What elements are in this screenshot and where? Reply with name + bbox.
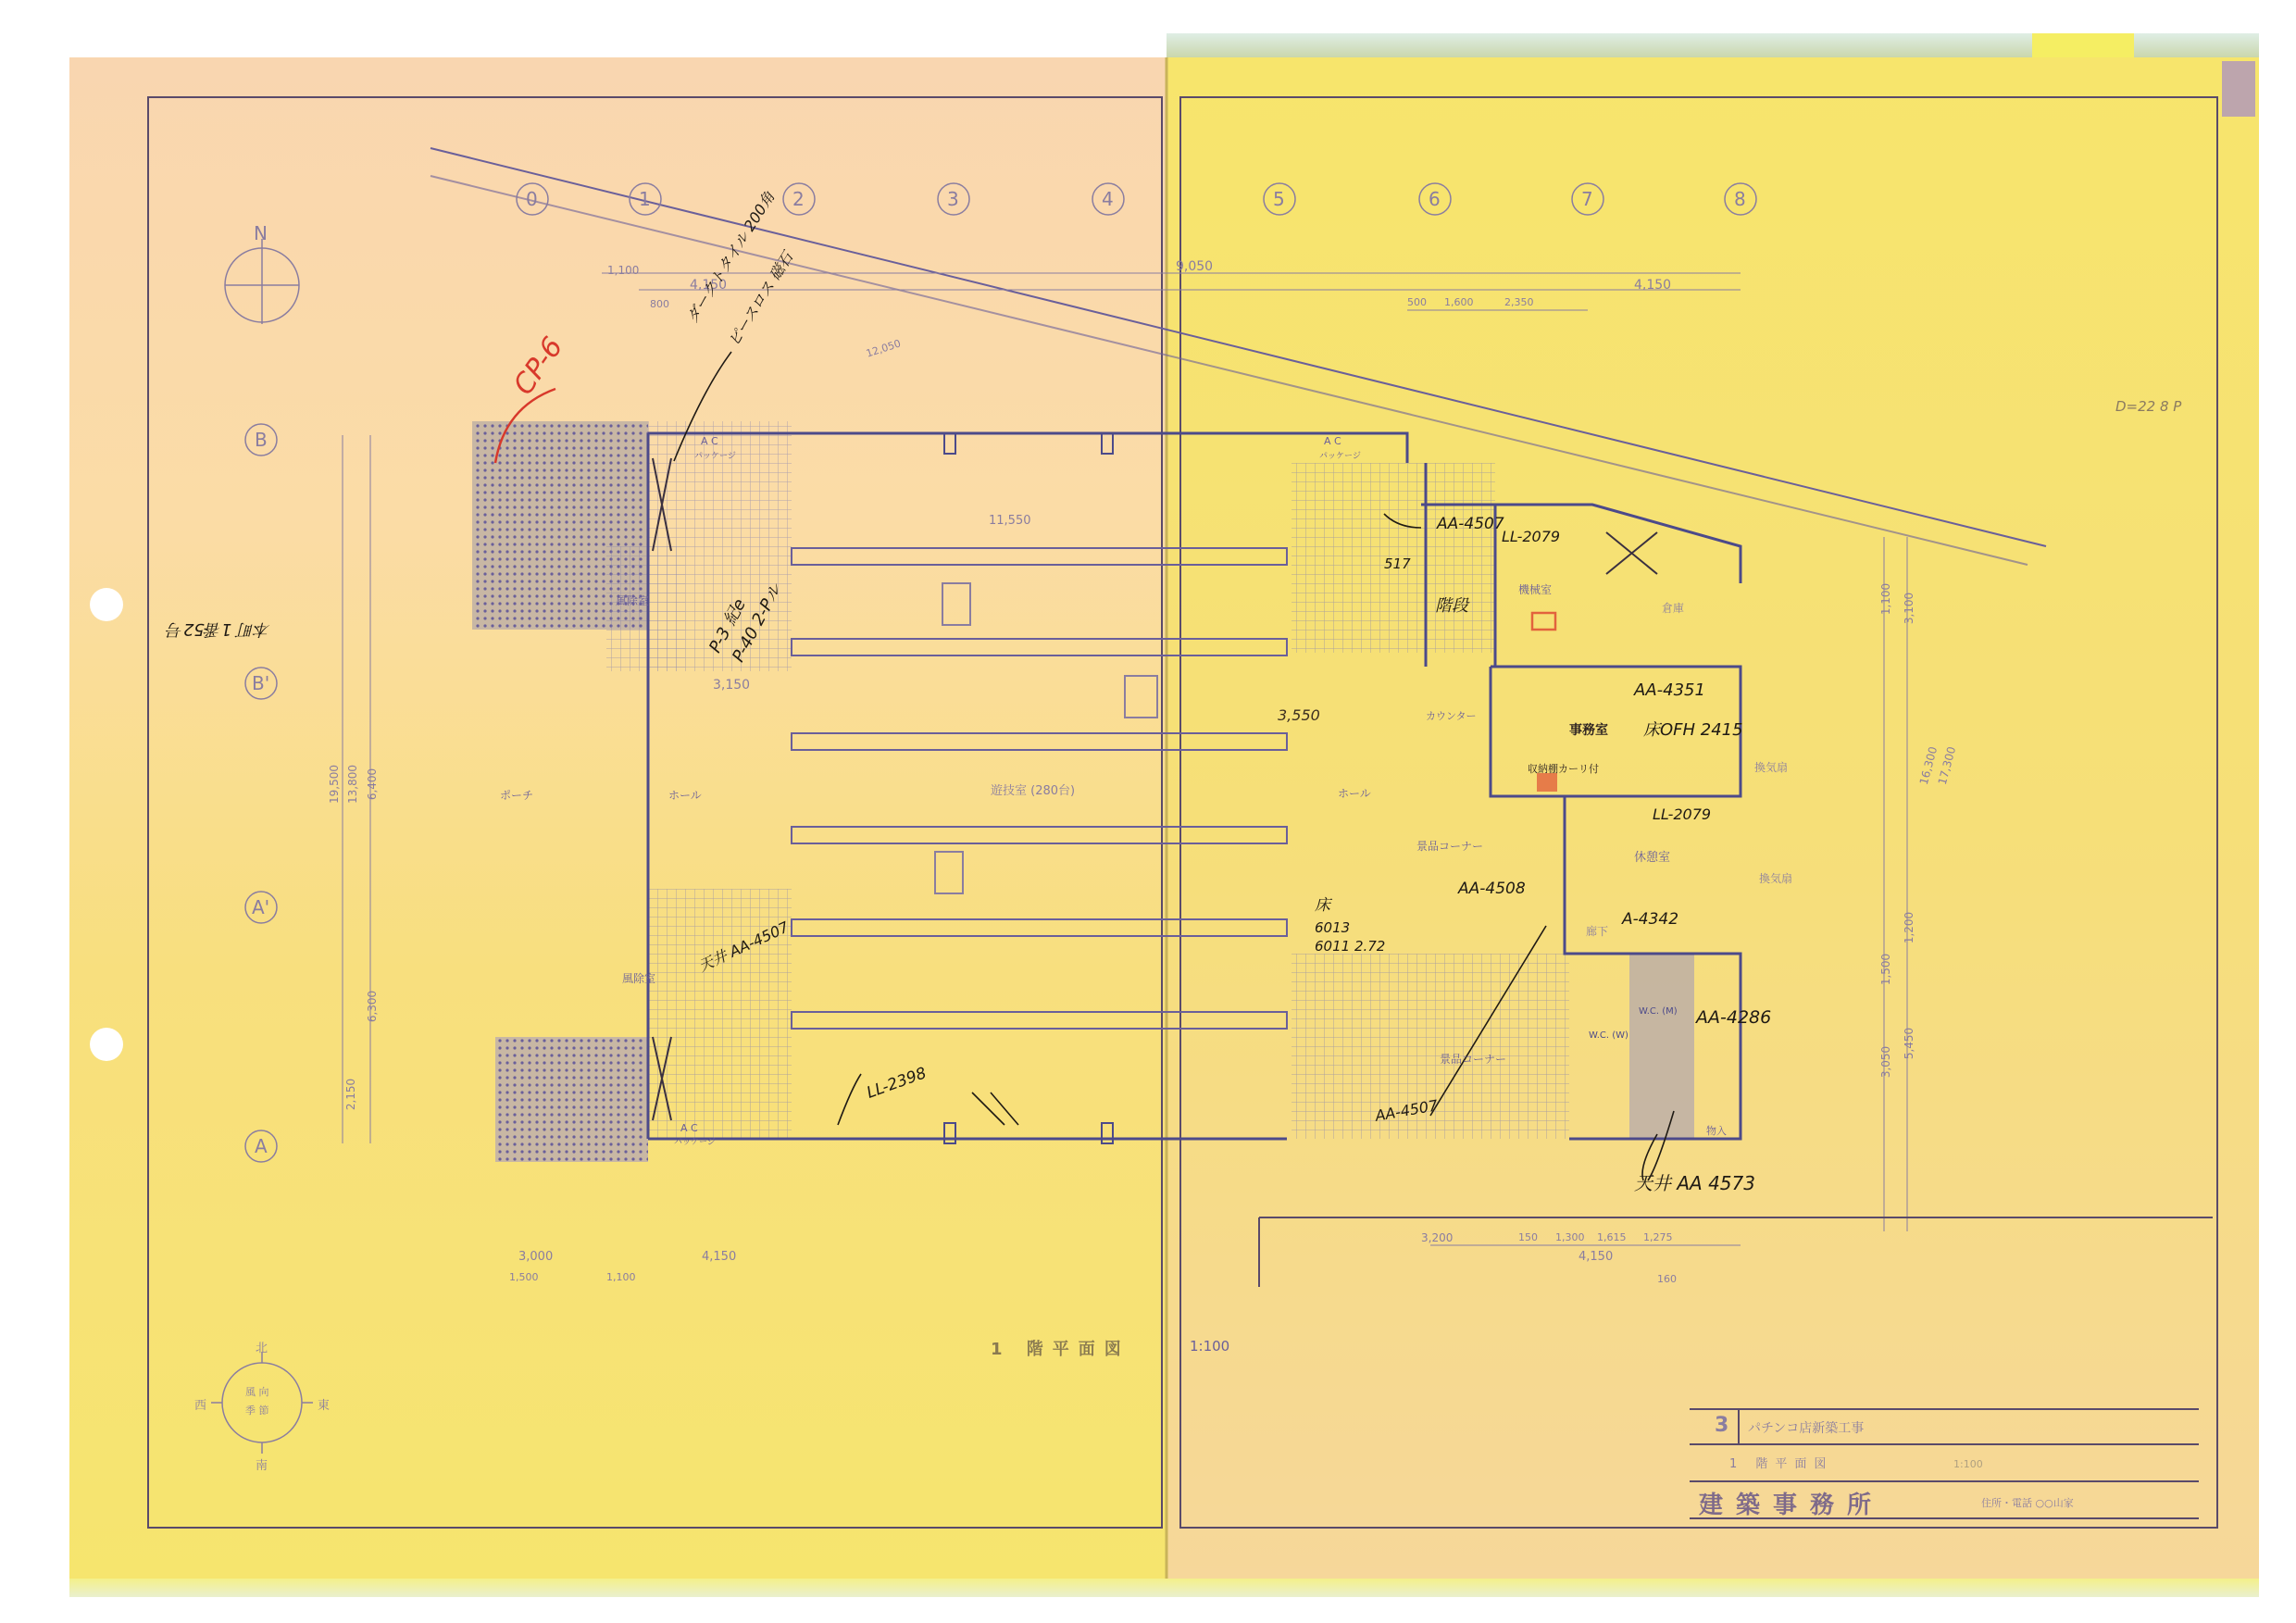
room-corridor: 廊下 [1586,923,1608,939]
dim-bottom-1300: 1,300 [1555,1231,1585,1243]
note-d228: D=22 8 P [2115,398,2181,415]
drawing-scale: 1:100 [1190,1338,1229,1355]
drawing-title: 1 階平面図 [991,1336,1130,1360]
dim-left-6300: 6,300 [366,991,379,1022]
dim-left-6400: 6,400 [366,768,379,800]
dim-top-4150b: 4,150 [1634,278,1671,293]
note-ceiling-aa4573: 天井 AA 4573 [1634,1168,1755,1195]
note-a4342: A-4342 [1622,910,1678,929]
grid-col-2: 2 [792,188,805,210]
title-block-sheet-number: 3 [1715,1414,1728,1437]
grid-row-b: B [255,429,268,451]
note-aa4507-top: AA-4507 [1437,515,1504,533]
room-machine: 機械室 [1518,581,1552,597]
note-stairs: 階段 [1435,593,1468,617]
note-floor: 床 [1315,892,1330,915]
grid-row-a: A [255,1135,268,1157]
north-label: N [254,222,268,244]
dim-bottom-1100: 1,100 [606,1271,636,1283]
grid-row-b-prime: B' [252,672,269,694]
dim-bottom-1275: 1,275 [1643,1231,1673,1243]
dim-misc-11550: 11,550 [989,514,1031,528]
grid-col-6: 6 [1429,188,1441,210]
dim-bottom-4150: 4,150 [702,1250,736,1264]
room-windbreak-1: 風除室 [616,593,649,608]
label-vent-1: 換気扇 [1754,759,1788,775]
grid-axis-top [517,183,1756,215]
label-vent-2: 換気扇 [1759,870,1792,886]
room-porch: ポーチ [500,787,533,803]
dim-left-13800: 13,800 [346,765,359,804]
dim-top-1600: 1,600 [1444,296,1474,308]
note-3550: 3,550 [1278,706,1320,724]
title-block-drawing-name: 1 階平面図 [1729,1454,1833,1471]
room-office: 事務室 [1569,720,1608,739]
room-storage: 物入 [1706,1123,1727,1138]
room-game: 遊技室 (280台) [991,780,1075,798]
note-ll2079-top: LL-2079 [1502,528,1560,545]
note-6011: 6011 2.72 [1315,938,1385,955]
room-exchange-corner: 景品コーナー [1416,838,1483,854]
grid-col-5: 5 [1273,188,1285,210]
room-exchange-corner-2: 景品コーナー [1440,1051,1506,1067]
title-block-project: パチンコ店新築工事 [1748,1418,1864,1437]
room-hall-left: ホール [668,787,702,803]
note-aa4286: AA-4286 [1696,1007,1771,1028]
dim-right-3050: 3,050 [1879,1046,1892,1078]
room-ac-1-sub: パッケージ [694,449,736,461]
grid-col-7: 7 [1581,188,1593,210]
dim-left-2150: 2,150 [344,1079,357,1110]
grid-col-4: 4 [1102,188,1114,210]
dim-right-5450: 5,450 [1903,1028,1915,1059]
room-hall-right: ホール [1338,785,1371,801]
compass-center-top: 風 向 [245,1384,269,1399]
dim-top-800: 800 [650,298,669,310]
dim-right-1500: 1,500 [1879,954,1892,985]
dim-misc-3150: 3,150 [713,678,750,693]
dim-bottom-1615: 1,615 [1597,1231,1627,1243]
office-floor-note: 床OFH 2415 [1643,717,1743,741]
compass-east: 東 [318,1395,330,1413]
dim-left-19500: 19,500 [328,765,341,804]
dim-top-9050: 9,050 [1176,259,1213,274]
dim-top-1100: 1,100 [607,264,639,277]
title-block-office: 建築事務所 [1699,1486,1884,1520]
title-block-scale: 1:100 [1953,1458,1983,1470]
compass-south: 南 [256,1455,268,1473]
note-6013: 6013 [1315,919,1350,936]
dim-top-500: 500 [1407,296,1427,308]
grid-col-0: 0 [526,188,538,210]
dim-right-1200: 1,200 [1903,912,1915,943]
note-ll2079-break: LL-2079 [1653,805,1711,823]
dim-right-1100: 1,100 [1879,583,1892,615]
dim-bottom-150: 150 [1518,1231,1538,1243]
dim-bottom-3200: 3,200 [1421,1231,1453,1244]
grid-col-3: 3 [947,188,959,210]
compass-center-bottom: 季 節 [245,1403,269,1417]
note-aa4508: AA-4508 [1458,880,1526,898]
dim-bottom-1500: 1,500 [509,1271,539,1283]
grid-row-a-prime: A' [252,896,269,918]
hatch-entrance-bottom [495,1037,648,1162]
room-ac-3-sub: パッケージ [674,1135,716,1147]
floor-plan-drawing [0,0,2296,1623]
note-517: 517 [1384,556,1411,572]
north-arrow-icon [225,239,299,324]
office-fixture: 収納棚カーリ付 [1528,761,1599,776]
dim-right-3100: 3,100 [1903,593,1915,624]
windbreak-top [606,546,685,671]
dim-bottom-3000: 3,000 [518,1250,553,1264]
grid-col-8: 8 [1734,188,1746,210]
compass-north: 北 [256,1338,268,1355]
room-ac-3: A C [680,1122,698,1134]
room-ac-2: A C [1324,435,1341,447]
walls [648,433,1741,1139]
grid-col-1: 1 [639,188,651,210]
note-aa4351: AA-4351 [1634,680,1705,700]
wc-shading [1629,954,1694,1139]
room-wc-w: W.C. (W) [1589,1030,1628,1041]
room-break: 休憩室 [1634,847,1670,865]
room-windbreak-2: 風除室 [622,970,655,986]
title-block-address: 住所・電話 ○○山家 [1981,1495,2074,1510]
room-counter: カウンター [1426,708,1477,723]
room-ac-1: A C [701,435,718,447]
room-wc-m: W.C. (M) [1639,1006,1678,1017]
room-storage-top: 倉庫 [1662,600,1684,616]
dim-bottom-4150b: 4,150 [1578,1250,1613,1264]
grid-axis-left [245,424,277,1162]
compass-west: 西 [194,1395,206,1413]
dim-bottom-160: 160 [1657,1273,1677,1285]
dim-top-2350: 2,350 [1504,296,1534,308]
room-ac-2-sub: パッケージ [1319,449,1361,461]
note-address-upside-down: 本町 1番52号 [167,618,270,643]
